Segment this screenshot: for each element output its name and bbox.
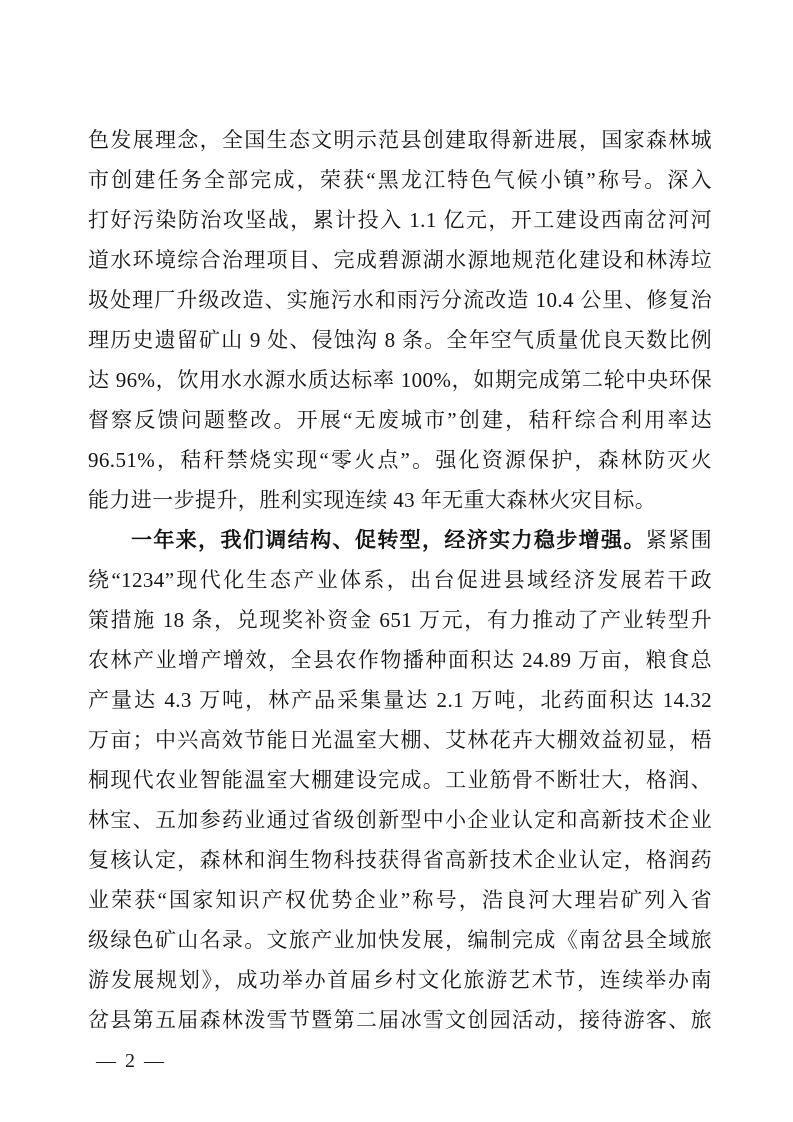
body-text: 级绿色矿山名录。 <box>88 928 267 952</box>
text-line: 桐现代农业智能温室大棚建设完成。工业筋骨不断壮大，格润、 <box>88 760 712 800</box>
body-text: 达 96%，饮用水水源水质达标率 100%，如期完成第二轮中央环保 <box>88 368 712 392</box>
emphasis-text: 开展“无废城市”创建， <box>297 408 529 432</box>
emphasis-text: 打好污染防治攻坚战， <box>88 208 313 232</box>
text-line: 产量达 4.3 万吨，林产品采集量达 2.1 万吨，北药面积达 14.32 <box>88 680 712 720</box>
body-text: 策措施 18 条，兑现奖补资金 651 万元，有力推动了产业转型升级。 <box>88 608 712 640</box>
body-text: 业荣获“国家知识产权优势企业”称号，浩良河大理岩矿列入省 <box>88 888 712 912</box>
text-line: 一年来，我们调结构、促转型，经济实力稳步增强。紧紧围 <box>88 520 712 560</box>
emphasis-lead-text: 一年来，我们调结构、促转型，经济实力稳步增强。 <box>131 528 646 552</box>
document-page: 色发展理念，全国生态文明示范县创建取得新进展，国家森林城市创建任务全部完成，荣获… <box>0 0 793 1122</box>
body-text: 森林防灭火 <box>598 448 712 472</box>
body-text: 产量达 4.3 万吨，林产品采集量达 2.1 万吨，北药面积达 14.32 <box>88 688 712 712</box>
body-text: 96.51%，秸秆禁烧实现“零火点”。 <box>88 448 435 472</box>
text-line: 复核认定，森林和润生物科技获得省高新技术企业认定，格润药 <box>88 840 712 880</box>
body-text: 游发展规划》，成功举办首届乡村文化旅游艺术节，连续举办南 <box>88 968 712 992</box>
text-line: 万亩；中兴高效节能日光温室大棚、艾林花卉大棚效益初显，梧 <box>88 720 712 760</box>
text-line: 岔县第五届森林泼雪节暨第二届冰雪文创园活动，接待游客、旅 <box>88 1000 712 1040</box>
body-text: 累计投入 1.1 亿元，开工建设西南岔河河 <box>313 208 712 232</box>
text-line: 达 96%，饮用水水源水质达标率 100%，如期完成第二轮中央环保 <box>88 360 712 400</box>
body-text: 市创建任务全部完成，荣获“黑龙江特色气候小镇”称号。 <box>88 168 667 192</box>
body-text: 万亩；中兴高效节能日光温室大棚、艾林花卉大棚效益初显，梧 <box>88 728 712 752</box>
body-text: 绕“1234”现代化生态产业体系，出台促进县域经济发展若干政 <box>88 568 712 592</box>
body-text: 理历史遗留矿山 9 处、侵蚀沟 8 条。全年空气质量优良天数比例 <box>88 328 712 352</box>
body-text: 紧紧围 <box>646 528 712 552</box>
body-text: 道水环境综合治理项目、完成碧源湖水源地规范化建设和林涛垃 <box>88 248 712 272</box>
text-line: 圾处理厂升级改造、实施污水和雨污分流改造 10.4 公里、修复治 <box>88 280 712 320</box>
paragraph: 色发展理念，全国生态文明示范县创建取得新进展，国家森林城市创建任务全部完成，荣获… <box>88 120 712 520</box>
body-text: 复核认定，森林和润生物科技获得省高新技术企业认定，格润药 <box>88 848 712 872</box>
emphasis-text: 工业筋骨不断壮大， <box>445 768 646 792</box>
text-line: 色发展理念，全国生态文明示范县创建取得新进展，国家森林城 <box>88 120 712 160</box>
text-line: 96.51%，秸秆禁烧实现“零火点”。强化资源保护，森林防灭火 <box>88 440 712 480</box>
text-line: 策措施 18 条，兑现奖补资金 651 万元，有力推动了产业转型升级。 <box>88 600 712 640</box>
page-number: — 2 — <box>96 1046 166 1076</box>
body-text: 岔县第五届森林泼雪节暨第二届冰雪文创园活动，接待游客、旅 <box>88 1008 712 1032</box>
body-text: 格润、 <box>646 768 712 792</box>
text-line: 级绿色矿山名录。文旅产业加快发展，编制完成《南岔县全域旅 <box>88 920 712 960</box>
emphasis-text: 文旅产业加快发展， <box>267 928 468 952</box>
text-line: 游发展规划》，成功举办首届乡村文化旅游艺术节，连续举办南 <box>88 960 712 1000</box>
body-text: 能力进一步提升，胜利实现连续 43 年无重大森林火灾目标。 <box>88 488 656 512</box>
emphasis-text: 农林产业增产增效， <box>88 648 290 672</box>
text-line: 督察反馈问题整改。开展“无废城市”创建，秸秆综合利用率达 <box>88 400 712 440</box>
paragraph: 一年来，我们调结构、促转型，经济实力稳步增强。紧紧围绕“1234”现代化生态产业… <box>88 520 712 1040</box>
text-line: 业荣获“国家知识产权优势企业”称号，浩良河大理岩矿列入省 <box>88 880 712 920</box>
body-text: 圾处理厂升级改造、实施污水和雨污分流改造 10.4 公里、修复治 <box>88 288 712 312</box>
text-line: 能力进一步提升，胜利实现连续 43 年无重大森林火灾目标。 <box>88 480 712 520</box>
body-text: 林宝、五加参药业通过省级创新型中小企业认定和高新技术企业 <box>88 808 712 832</box>
body-text: 秸秆综合利用率达 <box>528 408 712 432</box>
text-line: 林宝、五加参药业通过省级创新型中小企业认定和高新技术企业 <box>88 800 712 840</box>
body-text: 桐现代农业智能温室大棚建设完成。 <box>88 768 445 792</box>
emphasis-text: 深入 <box>667 168 712 192</box>
text-line: 绕“1234”现代化生态产业体系，出台促进县域经济发展若干政 <box>88 560 712 600</box>
text-line: 理历史遗留矿山 9 处、侵蚀沟 8 条。全年空气质量优良天数比例 <box>88 320 712 360</box>
body-text: 督察反馈问题整改。 <box>88 408 297 432</box>
text-line: 市创建任务全部完成，荣获“黑龙江特色气候小镇”称号。深入 <box>88 160 712 200</box>
body-text: 色发展理念，全国生态文明示范县创建取得新进展，国家森林城 <box>88 128 712 152</box>
text-line: 农林产业增产增效，全县农作物播种面积达 24.89 万亩，粮食总 <box>88 640 712 680</box>
document-body: 色发展理念，全国生态文明示范县创建取得新进展，国家森林城市创建任务全部完成，荣获… <box>88 120 712 1040</box>
text-line: 打好污染防治攻坚战，累计投入 1.1 亿元，开工建设西南岔河河 <box>88 200 712 240</box>
body-text: 全县农作物播种面积达 24.89 万亩，粮食总 <box>290 648 712 672</box>
emphasis-text: 强化资源保护， <box>435 448 597 472</box>
body-text: 编制完成《南岔县全域旅 <box>467 928 712 952</box>
text-line: 道水环境综合治理项目、完成碧源湖水源地规范化建设和林涛垃 <box>88 240 712 280</box>
